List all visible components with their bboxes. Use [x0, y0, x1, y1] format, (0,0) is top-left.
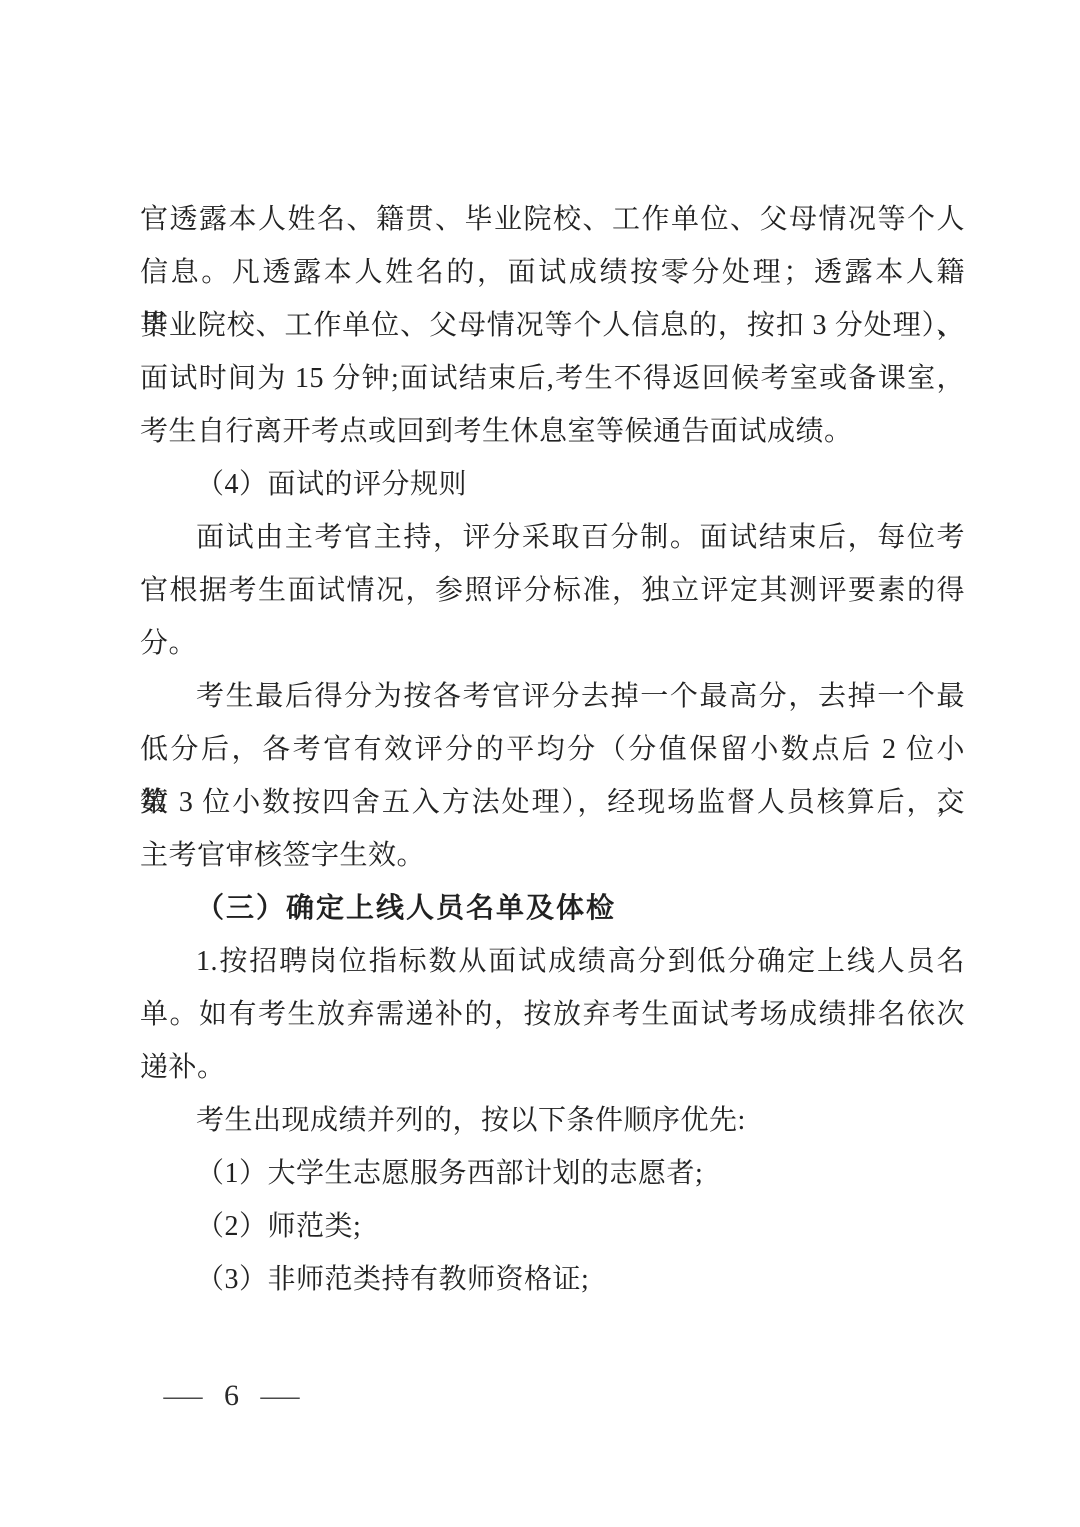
list-item: （1）大学生志愿服务西部计划的志愿者;: [140, 1147, 965, 1200]
text-line: 信息。凡透露本人姓名的，面试成绩按零分处理；透露本人籍贯、: [140, 246, 965, 299]
text-line: 单。如有考生放弃需递补的，按放弃考生面试考场成绩排名依次: [140, 988, 965, 1041]
text-line: 主考官审核签字生效。: [140, 829, 965, 882]
sub-heading: （4）面试的评分规则: [140, 458, 965, 511]
text-line: 官透露本人姓名、籍贯、毕业院校、工作单位、父母情况等个人: [140, 193, 965, 246]
list-item: （2）师范类;: [140, 1200, 965, 1253]
footer-left-dash: —: [164, 1376, 203, 1416]
document-body: 官透露本人姓名、籍贯、毕业院校、工作单位、父母情况等个人 信息。凡透露本人姓名的…: [140, 193, 965, 1306]
text-line: 考生最后得分为按各考官评分去掉一个最高分，去掉一个最: [140, 670, 965, 723]
section-heading: （三）确定上线人员名单及体检: [140, 882, 965, 935]
text-line: 面试由主考官主持，评分采取百分制。面试结束后，每位考: [140, 511, 965, 564]
footer-right-dash: —: [261, 1376, 300, 1416]
text-line: 考生自行离开考点或回到考生休息室等候通告面试成绩。: [140, 405, 965, 458]
document-page: 官透露本人姓名、籍贯、毕业院校、工作单位、父母情况等个人 信息。凡透露本人姓名的…: [0, 0, 1080, 1527]
text-line: 官根据考生面试情况，参照评分标准，独立评定其测评要素的得: [140, 564, 965, 617]
text-line: 第 3 位小数按四舍五入方法处理），经现场监督人员核算后，交: [140, 776, 965, 829]
text-line: 低分后，各考官有效评分的平均分（分值保留小数点后 2 位小数，: [140, 723, 965, 776]
text-line: 分。: [140, 617, 965, 670]
page-footer: — 6 —: [168, 1376, 295, 1416]
page-number: 6: [224, 1376, 239, 1416]
list-item: （3）非师范类持有教师资格证;: [140, 1253, 965, 1306]
text-line: 面试时间为 15 分钟;面试结束后,考生不得返回候考室或备课室，: [140, 352, 965, 405]
text-line: 1.按招聘岗位指标数从面试成绩高分到低分确定上线人员名: [140, 935, 965, 988]
text-line: 毕业院校、工作单位、父母情况等个人信息的，按扣 3 分处理），: [140, 299, 965, 352]
text-line: 考生出现成绩并列的，按以下条件顺序优先:: [140, 1094, 965, 1147]
text-line: 递补。: [140, 1041, 965, 1094]
